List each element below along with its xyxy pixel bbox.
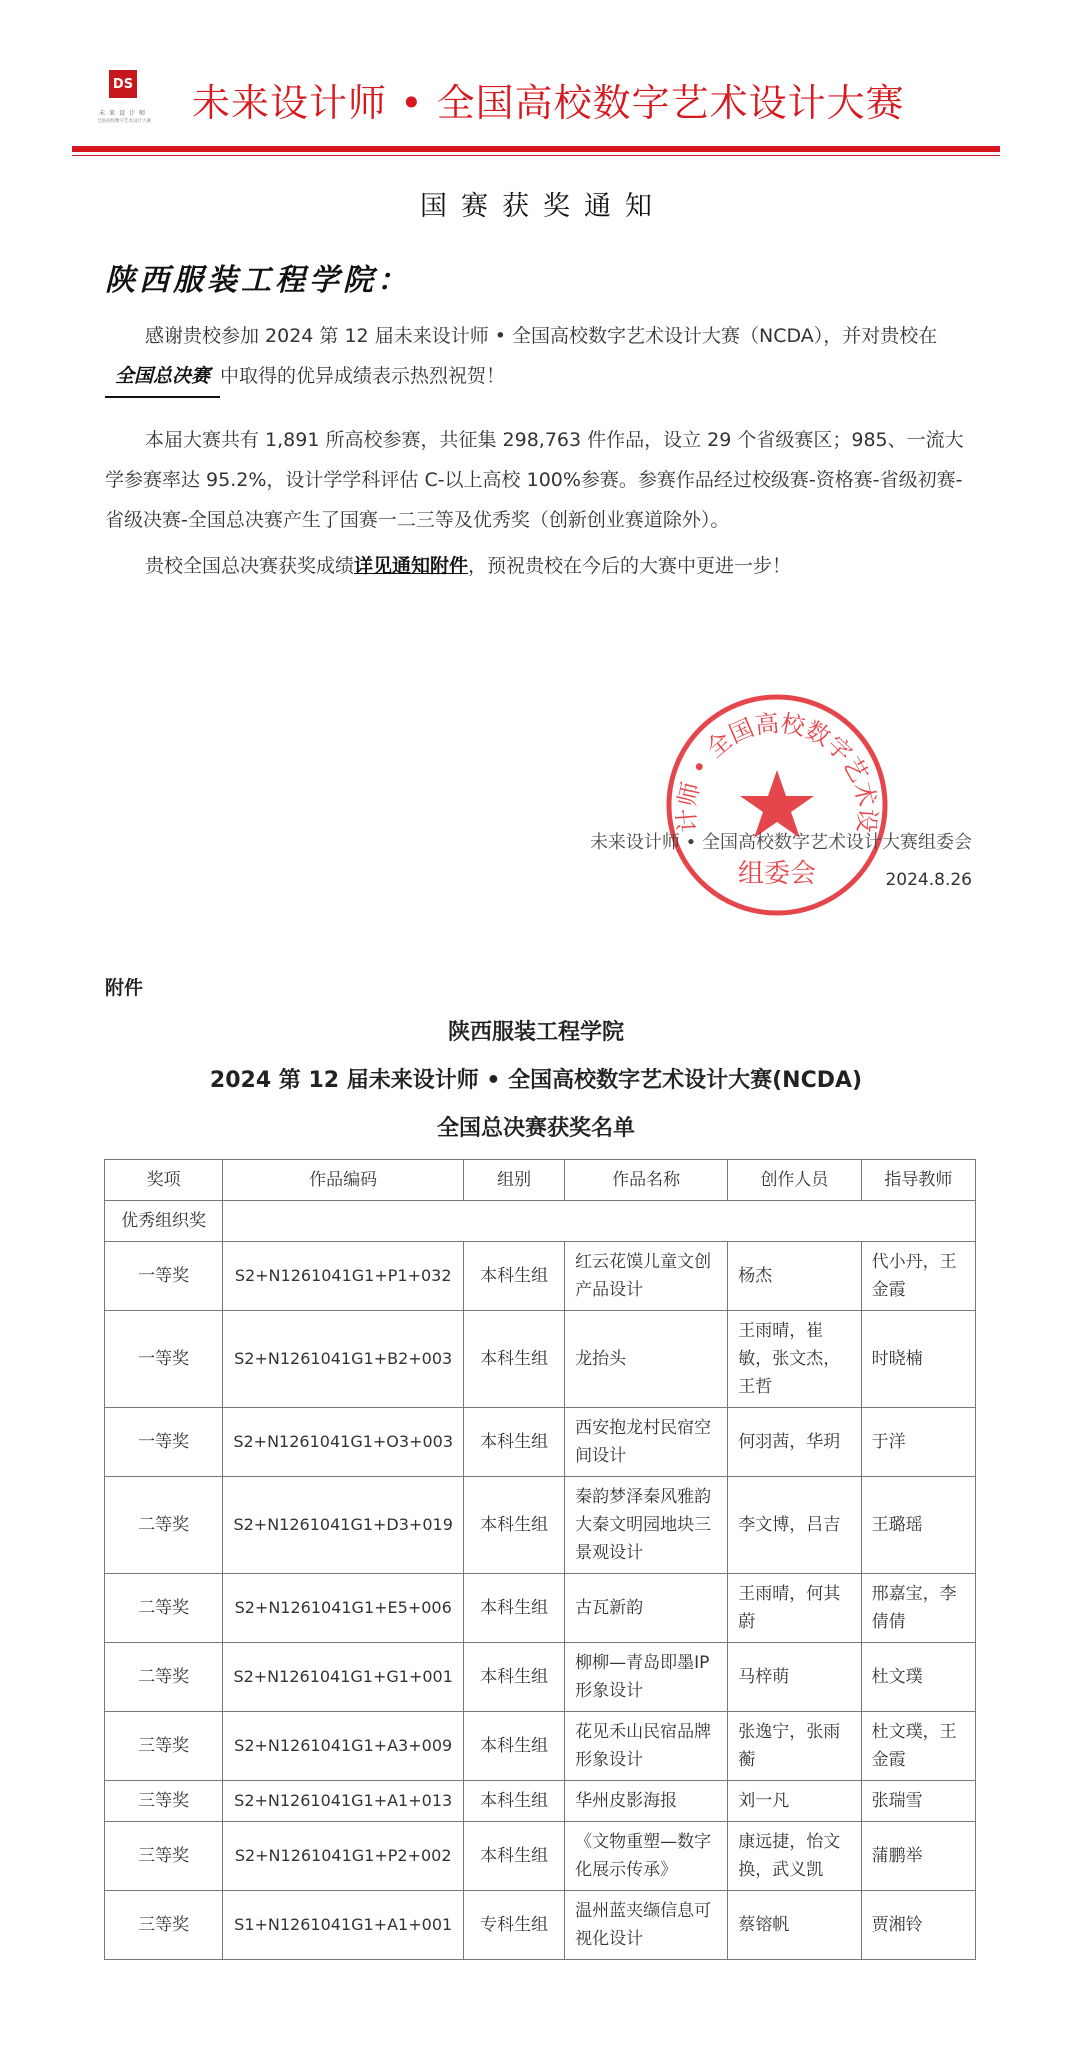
code-cell: S1+N1261041G1+A1+001 — [223, 1891, 464, 1960]
paragraph-stats: 本届大赛共有 1,891 所高校参赛，共征集 298,763 件作品，设立 29… — [105, 420, 973, 540]
table-row: 三等奖S2+N1261041G1+A3+009本科生组花见禾山民宿品牌形象设计张… — [105, 1712, 976, 1781]
letterhead: DS 未来设计师 全国高校数字艺术设计大赛 未来设计师 • 全国高校数字艺术设计… — [72, 62, 1000, 162]
group-cell: 本科生组 — [464, 1712, 565, 1781]
award-cell: 三等奖 — [105, 1781, 223, 1822]
work-cell: 温州蓝夹缬信息可视化设计 — [565, 1891, 728, 1960]
code-cell: S2+N1261041G1+A1+013 — [223, 1781, 464, 1822]
col-creators: 创作人员 — [728, 1160, 861, 1201]
advisors-cell: 杜文璞 — [861, 1643, 975, 1712]
creators-cell: 王雨晴，何其蔚 — [728, 1574, 861, 1643]
award-cell: 三等奖 — [105, 1891, 223, 1960]
code-cell: S2+N1261041G1+B2+003 — [223, 1311, 464, 1408]
table-row: 三等奖S2+N1261041G1+A1+013本科生组华州皮影海报刘一凡张瑞雪 — [105, 1781, 976, 1822]
ncda-logo-icon: DS — [109, 70, 137, 98]
creators-cell: 张逸宁，张雨蘅 — [728, 1712, 861, 1781]
group-cell: 本科生组 — [464, 1822, 565, 1891]
group-cell: 本科生组 — [464, 1781, 565, 1822]
advisors-cell: 于洋 — [861, 1408, 975, 1477]
award-cell: 一等奖 — [105, 1242, 223, 1311]
award-cell: 二等奖 — [105, 1477, 223, 1574]
col-award: 奖项 — [105, 1160, 223, 1201]
award-cell: 一等奖 — [105, 1311, 223, 1408]
work-cell: 红云花馍儿童文创产品设计 — [565, 1242, 728, 1311]
advisors-cell: 蒲鹏举 — [861, 1822, 975, 1891]
header-divider-thick — [72, 146, 1000, 152]
work-cell: 柳柳—青岛即墨IP 形象设计 — [565, 1643, 728, 1712]
logo-subcaption: 全国高校数字艺术设计大赛 — [86, 118, 162, 124]
creators-cell: 王雨晴，崔敏，张文杰，王哲 — [728, 1311, 861, 1408]
award-cell: 二等奖 — [105, 1643, 223, 1712]
group-cell: 专科生组 — [464, 1891, 565, 1960]
col-work: 作品名称 — [565, 1160, 728, 1201]
code-cell: S2+N1261041G1+O3+003 — [223, 1408, 464, 1477]
letterhead-title: 未来设计师 • 全国高校数字艺术设计大赛 — [192, 72, 905, 127]
group-cell: 本科生组 — [464, 1574, 565, 1643]
col-code: 作品编码 — [223, 1160, 464, 1201]
table-row: 三等奖S1+N1261041G1+A1+001专科生组温州蓝夹缬信息可视化设计蔡… — [105, 1891, 976, 1960]
group-cell: 本科生组 — [464, 1242, 565, 1311]
signer-organization: 未来设计师 • 全国高校数字艺术设计大赛组委会 — [590, 828, 972, 854]
work-cell: 龙抬头 — [565, 1311, 728, 1408]
addressee: 陕西服装工程学院： — [105, 255, 411, 299]
creators-cell: 马梓萌 — [728, 1643, 861, 1712]
work-cell: 华州皮影海报 — [565, 1781, 728, 1822]
see-attachment-text: 详见通知附件 — [354, 555, 468, 577]
work-cell: 古瓦新韵 — [565, 1574, 728, 1643]
notice-title: 国赛获奖通知 — [0, 184, 1072, 223]
creators-cell: 何羽茜，华玥 — [728, 1408, 861, 1477]
creators-cell: 刘一凡 — [728, 1781, 861, 1822]
header-divider-thin — [72, 155, 1000, 156]
advisors-cell: 王璐瑶 — [861, 1477, 975, 1574]
official-seal-icon: 未来设计师 • 全国高校数字艺术设计大赛 组委会 — [664, 692, 890, 918]
logo-caption: 未来设计师 — [86, 108, 162, 117]
table-row: 二等奖S2+N1261041G1+D3+019本科生组秦韵梦泽秦风雅韵大秦文明园… — [105, 1477, 976, 1574]
table-row: 一等奖S2+N1261041G1+P1+032本科生组红云花馍儿童文创产品设计杨… — [105, 1242, 976, 1311]
table-row-org-award: 优秀组织奖 — [105, 1201, 976, 1242]
paragraph-closing: 贵校全国总决赛获奖成绩详见通知附件，预祝贵校在今后的大赛中更进一步！ — [105, 546, 973, 586]
award-cell: 三等奖 — [105, 1822, 223, 1891]
work-cell: 《文物重塑—数字化展示传承》 — [565, 1822, 728, 1891]
org-award-cell: 优秀组织奖 — [105, 1201, 223, 1242]
group-cell: 本科生组 — [464, 1643, 565, 1712]
creators-cell: 杨杰 — [728, 1242, 861, 1311]
work-cell: 西安抱龙村民宿空间设计 — [565, 1408, 728, 1477]
table-row: 一等奖S2+N1261041G1+B2+003本科生组龙抬头王雨晴，崔敏，张文杰… — [105, 1311, 976, 1408]
attachment-list-title: 全国总决赛获奖名单 — [0, 1111, 1072, 1142]
work-cell: 秦韵梦泽秦风雅韵大秦文明园地块三景观设计 — [565, 1477, 728, 1574]
table-row: 三等奖S2+N1261041G1+P2+002本科生组《文物重塑—数字化展示传承… — [105, 1822, 976, 1891]
attachment-label: 附件 — [105, 973, 143, 1000]
code-cell: S2+N1261041G1+P1+032 — [223, 1242, 464, 1311]
paragraph-thanks: 感谢贵校参加 2024 第 12 届未来设计师 • 全国高校数字艺术设计大赛（N… — [105, 316, 973, 398]
creators-cell: 蔡镕帆 — [728, 1891, 861, 1960]
creators-cell: 康远捷，怡文换，武义凯 — [728, 1822, 861, 1891]
col-advisors: 指导教师 — [861, 1160, 975, 1201]
advisors-cell: 邢嘉宝，李倩倩 — [861, 1574, 975, 1643]
award-cell: 一等奖 — [105, 1408, 223, 1477]
svg-text:组委会: 组委会 — [738, 859, 816, 889]
attachment-competition: 2024 第 12 届未来设计师 • 全国高校数字艺术设计大赛(NCDA) — [0, 1063, 1072, 1094]
advisors-cell: 杜文璞，王金霞 — [861, 1712, 975, 1781]
stage-field: 全国总决赛 — [105, 356, 220, 398]
award-cell: 二等奖 — [105, 1574, 223, 1643]
table-header-row: 奖项 作品编码 组别 作品名称 创作人员 指导教师 — [105, 1160, 976, 1201]
creators-cell: 李文博，吕吉 — [728, 1477, 861, 1574]
attachment-school: 陕西服装工程学院 — [0, 1015, 1072, 1046]
code-cell: S2+N1261041G1+G1+001 — [223, 1643, 464, 1712]
table-row: 二等奖S2+N1261041G1+G1+001本科生组柳柳—青岛即墨IP 形象设… — [105, 1643, 976, 1712]
advisors-cell: 代小丹，王金霞 — [861, 1242, 975, 1311]
awards-table: 奖项 作品编码 组别 作品名称 创作人员 指导教师 优秀组织奖 一等奖S2+N1… — [104, 1159, 976, 1960]
code-cell: S2+N1261041G1+E5+006 — [223, 1574, 464, 1643]
award-cell: 三等奖 — [105, 1712, 223, 1781]
table-row: 一等奖S2+N1261041G1+O3+003本科生组西安抱龙村民宿空间设计何羽… — [105, 1408, 976, 1477]
table-row: 二等奖S2+N1261041G1+E5+006本科生组古瓦新韵王雨晴，何其蔚邢嘉… — [105, 1574, 976, 1643]
group-cell: 本科生组 — [464, 1311, 565, 1408]
work-cell: 花见禾山民宿品牌形象设计 — [565, 1712, 728, 1781]
code-cell: S2+N1261041G1+P2+002 — [223, 1822, 464, 1891]
code-cell: S2+N1261041G1+A3+009 — [223, 1712, 464, 1781]
advisors-cell: 张瑞雪 — [861, 1781, 975, 1822]
group-cell: 本科生组 — [464, 1477, 565, 1574]
advisors-cell: 时晓楠 — [861, 1311, 975, 1408]
sign-date: 2024.8.26 — [885, 870, 972, 890]
advisors-cell: 贾湘铃 — [861, 1891, 975, 1960]
col-group: 组别 — [464, 1160, 565, 1201]
group-cell: 本科生组 — [464, 1408, 565, 1477]
code-cell: S2+N1261041G1+D3+019 — [223, 1477, 464, 1574]
